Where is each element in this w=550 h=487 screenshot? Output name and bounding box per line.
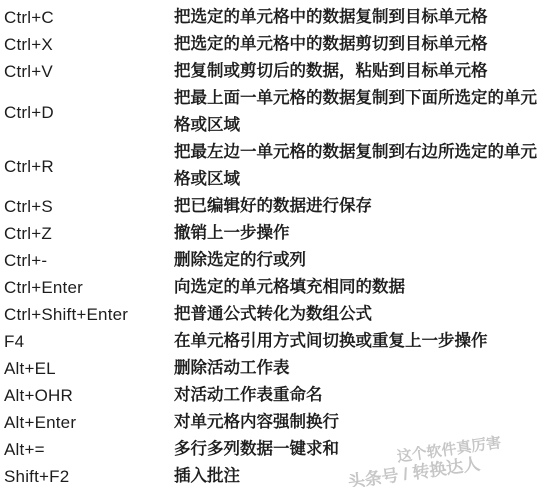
shortcut-table: Ctrl+C把选定的单元格中的数据复制到目标单元格Ctrl+X把选定的单元格中的… (0, 4, 550, 487)
shortcut-key: Alt+= (0, 436, 174, 463)
shortcut-row: Ctrl+D把最上面一单元格的数据复制到下面所选定的单元格或区域 (0, 85, 550, 139)
shortcut-key: Ctrl+V (0, 58, 174, 85)
shortcut-key: Shift+F2 (0, 463, 174, 487)
shortcut-row: Alt+EL删除活动工作表 (0, 355, 550, 382)
shortcut-key: Ctrl+C (0, 4, 174, 31)
shortcut-row: Ctrl+C把选定的单元格中的数据复制到目标单元格 (0, 4, 550, 31)
shortcut-description: 对单元格内容强制换行 (174, 409, 542, 436)
shortcut-row: Ctrl+X把选定的单元格中的数据剪切到目标单元格 (0, 31, 550, 58)
shortcut-key: F4 (0, 328, 174, 355)
shortcut-description: 插入批注 (174, 463, 542, 487)
shortcut-row: Ctrl+Z撤销上一步操作 (0, 220, 550, 247)
shortcut-description: 撤销上一步操作 (174, 220, 542, 247)
shortcut-key: Ctrl+Enter (0, 274, 174, 301)
shortcut-row: Ctrl+S把已编辑好的数据进行保存 (0, 193, 550, 220)
shortcut-description: 把选定的单元格中的数据复制到目标单元格 (174, 4, 542, 31)
shortcut-key: Alt+EL (0, 355, 174, 382)
shortcut-description: 把普通公式转化为数组公式 (174, 301, 542, 328)
shortcut-row: Shift+F2插入批注 (0, 463, 550, 487)
shortcut-key: Alt+OHR (0, 382, 174, 409)
shortcut-description: 删除活动工作表 (174, 355, 542, 382)
shortcut-row: Alt+=多行多列数据一键求和 (0, 436, 550, 463)
shortcut-row: F4在单元格引用方式间切换或重复上一步操作 (0, 328, 550, 355)
shortcut-row: Alt+Enter对单元格内容强制换行 (0, 409, 550, 436)
shortcut-row: Ctrl+V把复制或剪切后的数据，粘贴到目标单元格 (0, 58, 550, 85)
shortcut-description: 对活动工作表重命名 (174, 382, 542, 409)
shortcut-row: Alt+OHR对活动工作表重命名 (0, 382, 550, 409)
shortcut-row: Ctrl+Enter向选定的单元格填充相同的数据 (0, 274, 550, 301)
shortcut-key: Ctrl+Z (0, 220, 174, 247)
shortcut-key: Ctrl+X (0, 31, 174, 58)
shortcut-row: Ctrl+Shift+Enter把普通公式转化为数组公式 (0, 301, 550, 328)
shortcut-description: 在单元格引用方式间切换或重复上一步操作 (174, 328, 542, 355)
shortcut-description: 把最上面一单元格的数据复制到下面所选定的单元格或区域 (174, 85, 542, 139)
shortcut-description: 把最左边一单元格的数据复制到右边所选定的单元格或区域 (174, 139, 542, 193)
shortcut-description: 向选定的单元格填充相同的数据 (174, 274, 542, 301)
shortcut-description: 删除选定的行或列 (174, 247, 542, 274)
shortcut-row: Ctrl+-删除选定的行或列 (0, 247, 550, 274)
shortcut-description: 多行多列数据一键求和 (174, 436, 542, 463)
shortcut-key: Alt+Enter (0, 409, 174, 436)
shortcut-key: Ctrl+Shift+Enter (0, 301, 174, 328)
shortcut-key: Ctrl+R (0, 153, 174, 180)
shortcut-key: Ctrl+- (0, 247, 174, 274)
shortcut-row: Ctrl+R把最左边一单元格的数据复制到右边所选定的单元格或区域 (0, 139, 550, 193)
shortcut-key: Ctrl+D (0, 99, 174, 126)
shortcut-description: 把已编辑好的数据进行保存 (174, 193, 542, 220)
shortcut-description: 把选定的单元格中的数据剪切到目标单元格 (174, 31, 542, 58)
shortcut-description: 把复制或剪切后的数据，粘贴到目标单元格 (174, 58, 542, 85)
shortcut-key: Ctrl+S (0, 193, 174, 220)
